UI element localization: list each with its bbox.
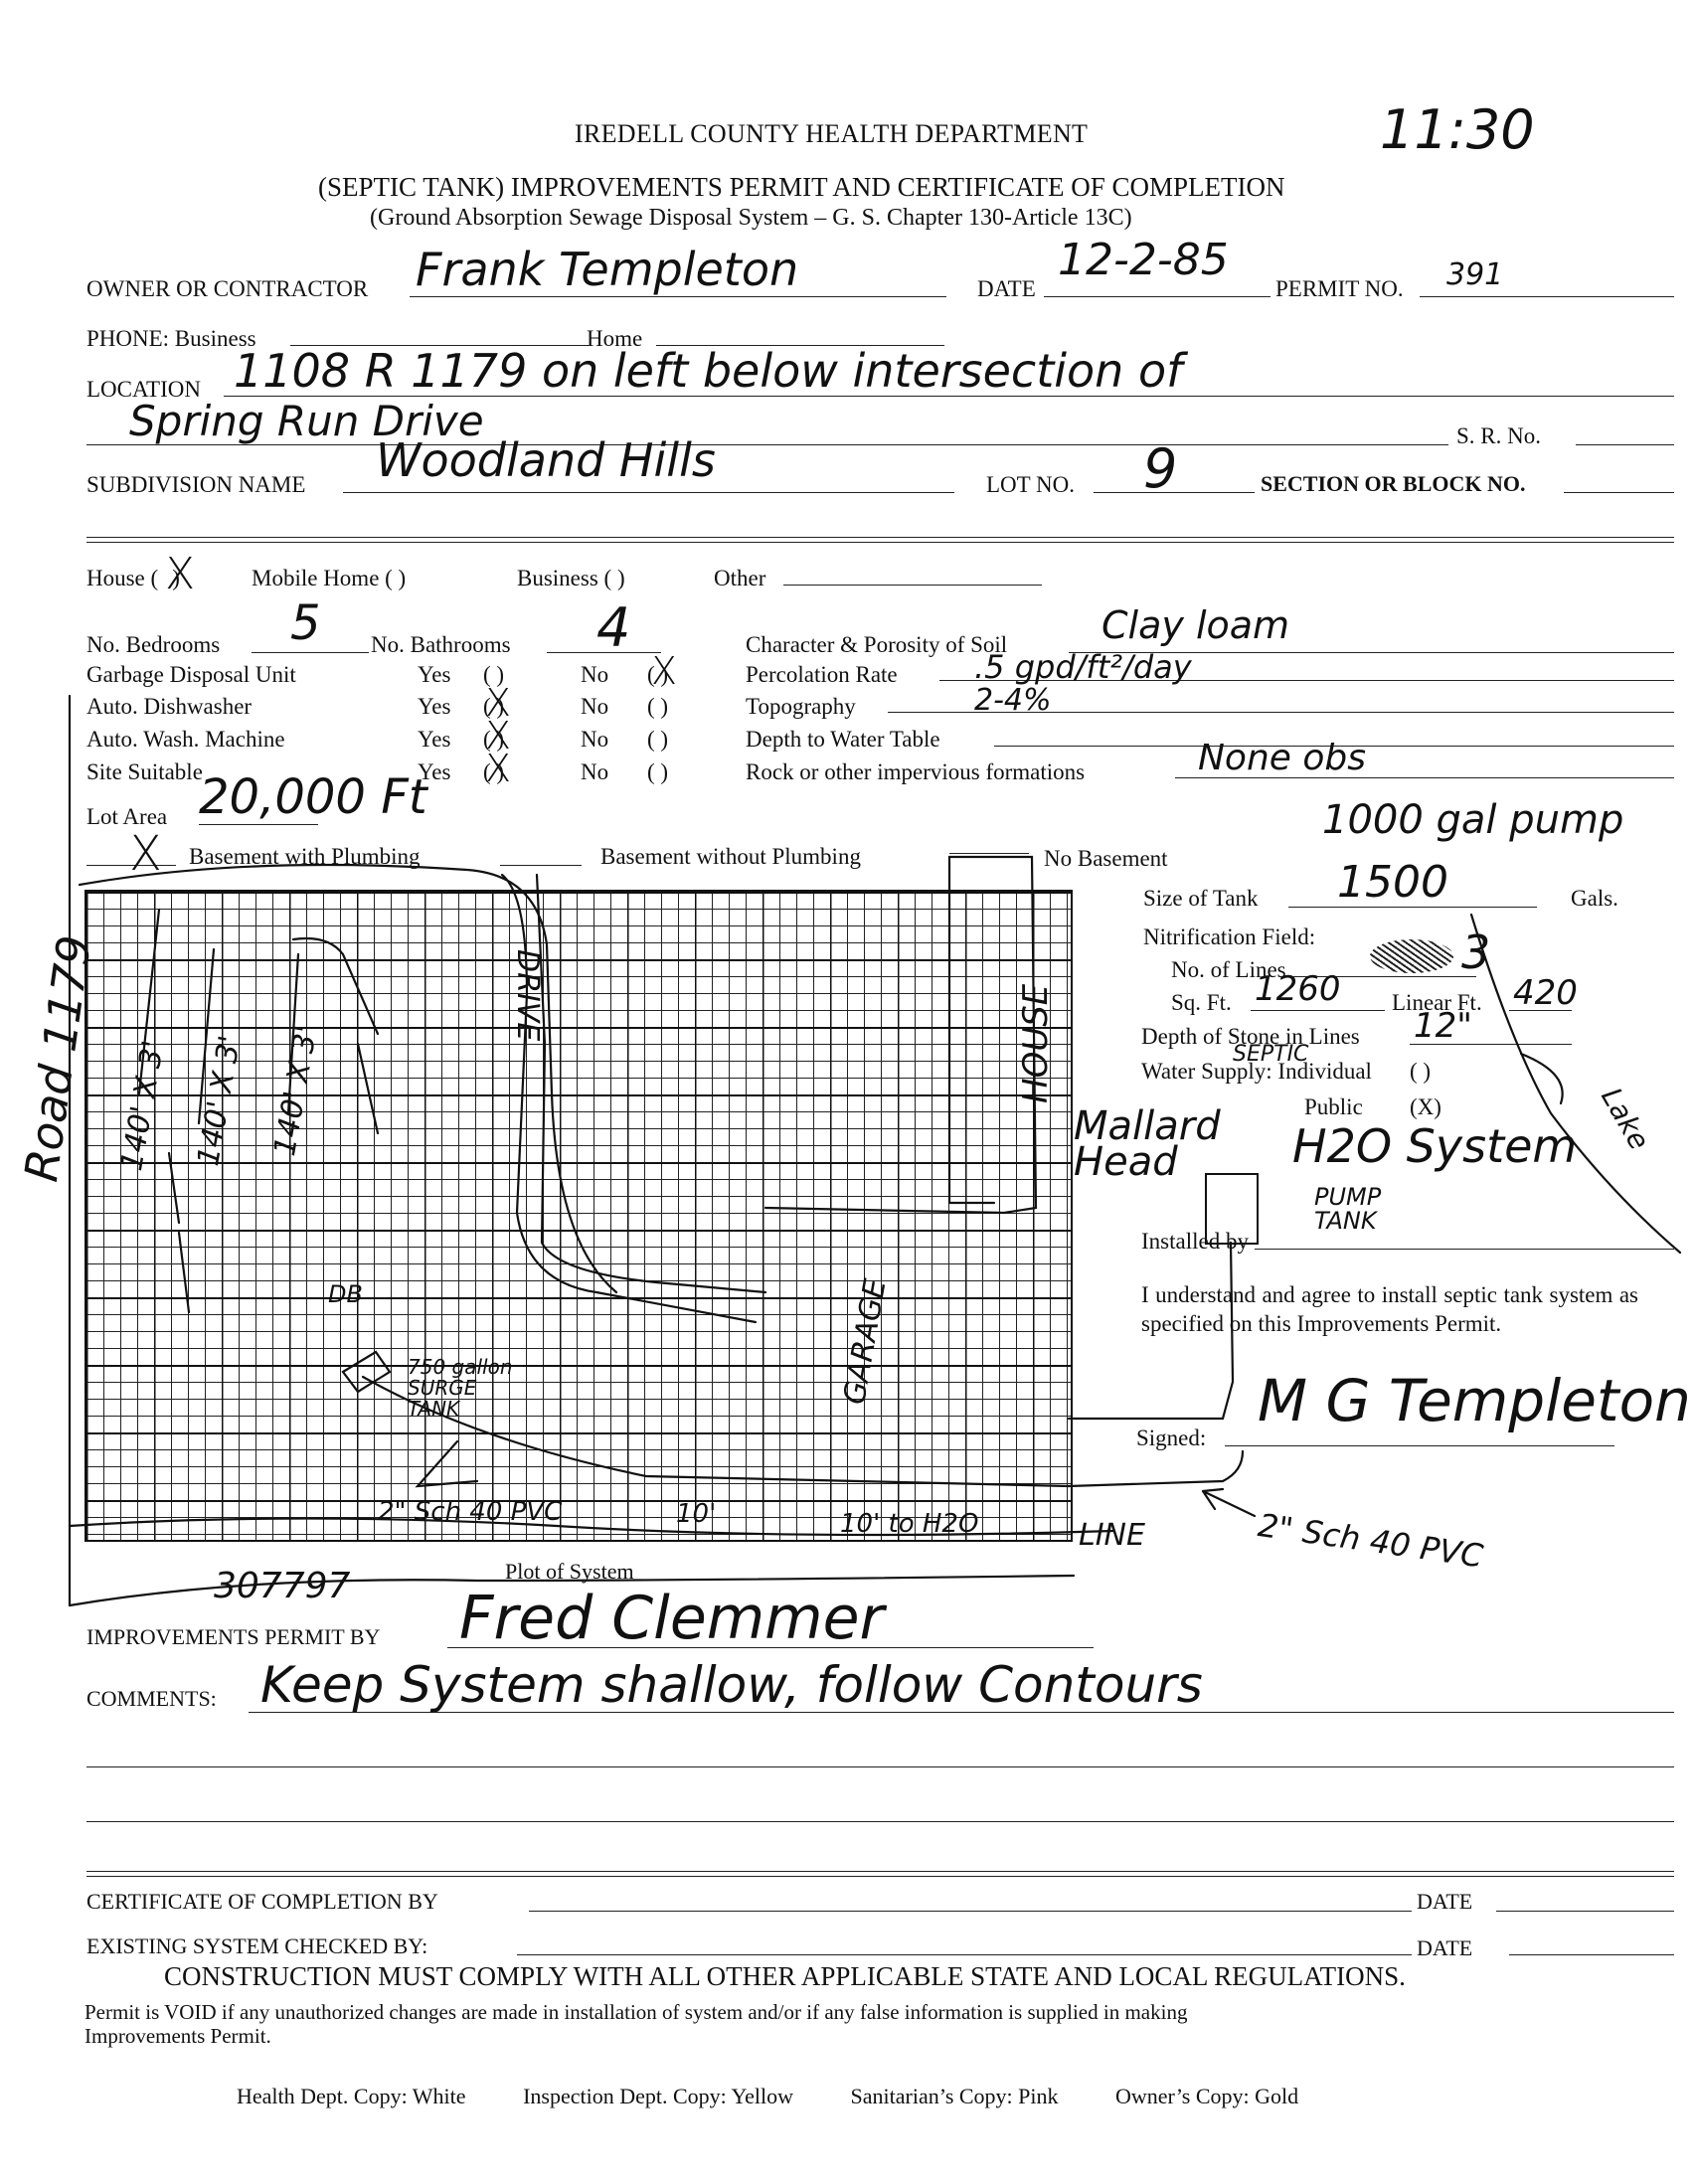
signed-label: Signed: <box>1136 1427 1206 1449</box>
basement-with-label: Basement with Plumbing <box>189 845 421 868</box>
form-title: (SEPTIC TANK) IMPROVEMENTS PERMIT AND CE… <box>318 174 1285 201</box>
wash-machine-yes: Yes <box>418 728 450 751</box>
lot-no-label: LOT NO. <box>986 473 1075 496</box>
basement-with-mark: X <box>129 830 162 878</box>
bathrooms-value: 4 <box>596 601 630 655</box>
agreement-text: I understand and agree to install septic… <box>1141 1280 1638 1338</box>
lot-area-label: Lot Area <box>86 805 167 828</box>
line-word: LINE <box>1079 1521 1145 1551</box>
date-field-line[interactable] <box>1044 296 1270 297</box>
garbage-disposal-no-mark: X <box>651 652 677 690</box>
pipe-note: 2" Sch 40 PVC <box>378 1499 562 1525</box>
signature-field[interactable] <box>1225 1445 1614 1446</box>
void-notice-line-1: Permit is VOID if any unauthorized chang… <box>85 2002 1187 2023</box>
plot-grid[interactable] <box>85 890 1073 1542</box>
handwritten-time: 11:30 <box>1380 103 1535 157</box>
copy-distribution: Health Dept. Copy: White Inspection Dept… <box>237 2086 1350 2107</box>
garbage-disposal-yes: Yes <box>418 663 450 686</box>
dishwasher-no-checkbox[interactable]: ( ) <box>647 695 668 718</box>
copy-owner: Owner’s Copy: Gold <box>1115 2084 1298 2108</box>
wash-machine-label: Auto. Wash. Machine <box>86 728 285 751</box>
comments-field-3[interactable] <box>86 1821 1674 1822</box>
business-checkbox[interactable]: Business ( ) <box>517 567 625 589</box>
lot-no-value: 9 <box>1143 442 1177 496</box>
location-value-1: 1108 R 1179 on left below intersection o… <box>234 348 1182 394</box>
dishwasher-no: No <box>581 695 608 718</box>
subdivision-value: Woodland Hills <box>376 437 716 483</box>
department-title: IREDELL COUNTY HEALTH DEPARTMENT <box>575 121 1088 147</box>
house-plot-label: HOUSE <box>1019 984 1053 1103</box>
permit-by-value: Fred Clemmer <box>459 1589 884 1648</box>
no-basement-field[interactable] <box>949 853 1029 854</box>
water-public-label: Public <box>1304 1095 1363 1118</box>
soil-character-label: Character & Porosity of Soil <box>746 633 1007 656</box>
comments-field-2[interactable] <box>86 1766 1674 1767</box>
distribution-box-label: DB <box>328 1282 363 1306</box>
garbage-disposal-label: Garbage Disposal Unit <box>86 663 296 686</box>
site-suitable-no: No <box>581 760 608 783</box>
basement-without-field[interactable] <box>500 865 582 866</box>
copy-inspection-dept: Inspection Dept. Copy: Yellow <box>523 2084 793 2108</box>
existing-date-field[interactable] <box>1509 1954 1674 1955</box>
signature-value: M G Templeton <box>1258 1372 1691 1429</box>
owner-field-line[interactable] <box>410 296 946 297</box>
cert-date-field[interactable] <box>1496 1911 1674 1912</box>
dishwasher-yes: Yes <box>418 695 450 718</box>
cert-date-label: DATE <box>1417 1891 1472 1913</box>
drive-label: DRIVE <box>512 949 542 1041</box>
soil-character-value: Clay loam <box>1101 606 1289 644</box>
garbage-disposal-no: No <box>581 663 608 686</box>
lot-area-value: 20,000 Ft <box>199 773 427 821</box>
water-supply-label: Water Supply: Individual <box>1141 1060 1372 1083</box>
site-suitable-yes-mark: X <box>485 750 511 787</box>
owner-value: Frank Templeton <box>416 247 798 292</box>
installed-by-field[interactable] <box>1255 1249 1674 1250</box>
wash-machine-no-checkbox[interactable]: ( ) <box>647 728 668 751</box>
other-field[interactable] <box>783 585 1042 586</box>
lines-count-value: 3 <box>1461 929 1490 975</box>
dishwasher-label: Auto. Dishwasher <box>86 695 252 718</box>
existing-system-label: EXISTING SYSTEM CHECKED BY: <box>86 1935 427 1957</box>
h2o-system-note: H2O System <box>1292 1123 1577 1169</box>
basement-without-label: Basement without Plumbing <box>600 845 861 868</box>
section-divider-1 <box>86 537 1674 543</box>
pipe-note-right: 2" Sch 40 PVC <box>1257 1509 1485 1572</box>
owner-label: OWNER OR CONTRACTOR <box>86 277 368 300</box>
pump-note: 1000 gal pump <box>1322 800 1623 840</box>
topography-value: 2-4% <box>974 686 1052 716</box>
void-notice-line-2: Improvements Permit. <box>85 2026 271 2047</box>
form-subtitle: (Ground Absorption Sewage Disposal Syste… <box>370 206 1132 230</box>
permit-no-label: PERMIT NO. <box>1275 277 1404 300</box>
water-public-checkbox[interactable]: (X) <box>1410 1095 1441 1118</box>
margin-note: 307797 <box>214 1569 350 1604</box>
surge-tank-note: 750 gallon SURGE TANK <box>408 1357 527 1420</box>
other-label: Other <box>714 567 765 589</box>
linear-ft-value: 420 <box>1513 976 1578 1010</box>
bathrooms-label: No. Bathrooms <box>371 633 511 656</box>
subdivision-field[interactable] <box>343 492 954 493</box>
phone-business-label: PHONE: Business <box>86 327 256 350</box>
distance-to-water: 10' to H2O <box>840 1511 978 1537</box>
subdivision-label: SUBDIVISION NAME <box>86 473 305 496</box>
plot-caption: Plot of System <box>505 1561 634 1583</box>
house-checkbox-label: House ( <box>86 566 158 590</box>
permit-no-field-line[interactable] <box>1420 296 1674 297</box>
pump-tank-note: PUMP TANK <box>1314 1185 1404 1233</box>
rock-label: Rock or other impervious formations <box>746 760 1085 783</box>
section-block-field[interactable] <box>1564 492 1674 493</box>
perc-rate-label: Percolation Rate <box>746 663 898 686</box>
no-basement-label: No Basement <box>1044 847 1168 870</box>
mallard-head-note: Mallard Head <box>1074 1108 1213 1180</box>
gals-label: Gals. <box>1571 887 1618 910</box>
permit-by-label: IMPROVEMENTS PERMIT BY <box>86 1626 380 1648</box>
stone-depth-value: 12" <box>1414 1009 1472 1043</box>
comments-value: Keep System shallow, follow Contours <box>260 1660 1203 1710</box>
date-value: 12-2-85 <box>1058 239 1229 282</box>
mobile-home-checkbox[interactable]: Mobile Home ( ) <box>252 567 406 589</box>
bedrooms-field[interactable] <box>252 652 369 653</box>
sr-no-label: S. R. No. <box>1456 424 1541 447</box>
bedrooms-label: No. Bedrooms <box>86 633 220 656</box>
permit-no-value: 391 <box>1446 260 1503 290</box>
comments-label: COMMENTS: <box>86 1688 217 1710</box>
existing-system-field[interactable] <box>517 1954 1412 1955</box>
cert-completion-label: CERTIFICATE OF COMPLETION BY <box>86 1891 438 1913</box>
sqft-value: 1260 <box>1255 972 1341 1006</box>
bedrooms-value: 5 <box>290 599 321 647</box>
sqft-field[interactable] <box>1251 1010 1385 1011</box>
scribbled-out-value <box>1370 939 1453 973</box>
tank-size-value: 1500 <box>1337 861 1448 905</box>
distance-10ft: 10' <box>676 1501 716 1527</box>
house-checkbox-mark[interactable]: X <box>165 553 195 596</box>
section-divider-2 <box>86 1871 1674 1877</box>
nitrification-label: Nitrification Field: <box>1143 925 1315 948</box>
copy-sanitarian: Sanitarian’s Copy: Pink <box>851 2084 1059 2108</box>
site-suitable-no-checkbox[interactable]: ( ) <box>647 760 668 783</box>
water-individual-checkbox[interactable]: ( ) <box>1410 1060 1431 1083</box>
water-table-label: Depth to Water Table <box>746 728 940 751</box>
rock-value: None obs <box>1198 741 1366 776</box>
compliance-notice: CONSTRUCTION MUST COMPLY WITH ALL OTHER … <box>164 1963 1406 1990</box>
tank-size-label: Size of Tank <box>1143 887 1259 910</box>
cert-completion-field[interactable] <box>529 1911 1412 1912</box>
sqft-label: Sq. Ft. <box>1171 991 1232 1014</box>
existing-date-label: DATE <box>1417 1937 1472 1959</box>
sr-no-field[interactable] <box>1576 444 1674 445</box>
installed-by-label: Installed by <box>1141 1230 1249 1253</box>
perc-rate-value: .5 gpd/ft²/day <box>974 651 1192 683</box>
date-label: DATE <box>977 277 1036 300</box>
topography-label: Topography <box>746 695 856 718</box>
section-block-label: SECTION OR BLOCK NO. <box>1261 473 1526 495</box>
site-suitable-label: Site Suitable <box>86 760 203 783</box>
lake-note: Lake <box>1597 1084 1653 1154</box>
copy-health-dept: Health Dept. Copy: White <box>237 2084 466 2108</box>
wash-machine-no: No <box>581 728 608 751</box>
